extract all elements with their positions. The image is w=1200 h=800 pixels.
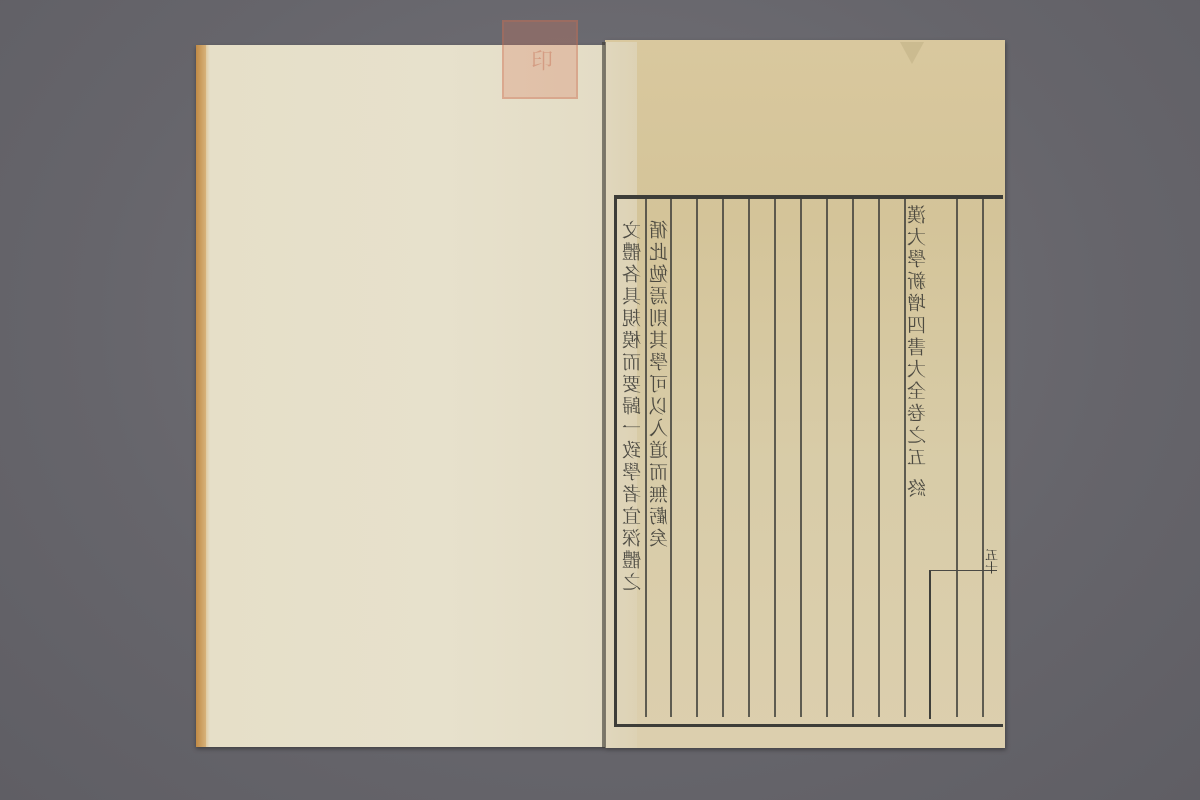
column-rule	[645, 199, 647, 717]
column-rule	[748, 199, 750, 717]
column-rule	[722, 199, 724, 717]
red-seal-stamp: 印	[502, 20, 578, 99]
folded-corner	[900, 42, 924, 64]
text-column-2: 文體各具規模而要歸一致學者宜深體之	[622, 220, 644, 720]
column-rule	[696, 199, 698, 717]
text-column-1: 循此勉焉則其學可以入道而無虧矣	[649, 220, 671, 710]
book-spine	[602, 42, 606, 748]
column-rule	[852, 199, 854, 717]
column-rule	[826, 199, 828, 717]
left-page-blank	[196, 45, 606, 747]
column-rule	[800, 199, 802, 717]
title-column: 漢大學新增四書大全卷之五 終	[907, 205, 929, 505]
seal-text: 印	[525, 49, 556, 71]
column-rule	[904, 199, 906, 717]
column-rule	[878, 199, 880, 717]
lower-colophon-box	[929, 570, 997, 719]
page-number: 五十	[984, 548, 1003, 574]
column-rule	[774, 199, 776, 717]
